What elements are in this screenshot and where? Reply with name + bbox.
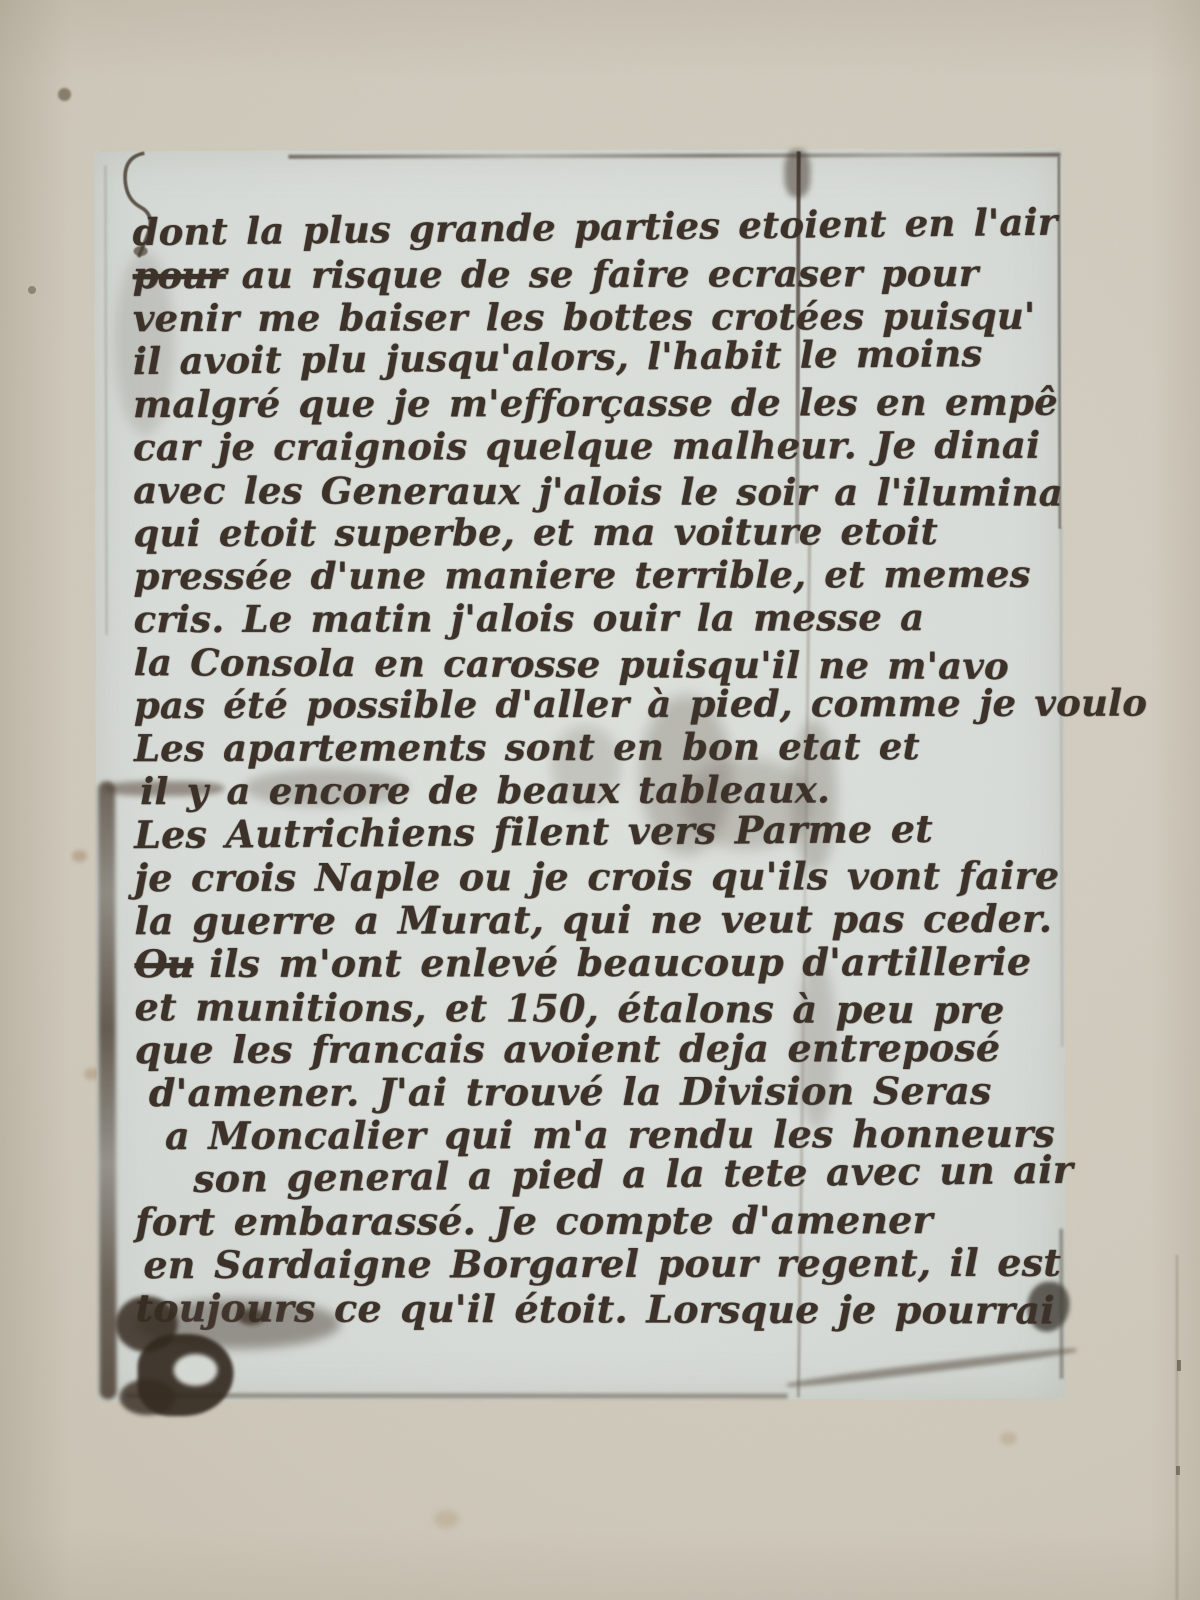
line-text: dont la plus grande parties etoient en l… xyxy=(132,200,1057,254)
line-text: je crois Naple ou je crois qu'ils vont f… xyxy=(134,853,1059,900)
manuscript-line: que les francais avoient deja entreposé xyxy=(135,1026,1040,1071)
ink-speck xyxy=(28,286,36,294)
line-text: Les apartements sont en bon etat et xyxy=(134,724,920,770)
line-text: pressée d'une maniere terrible, et memes xyxy=(133,552,1030,598)
page-edge-mark xyxy=(1176,1466,1180,1475)
manuscript-line: d'amener. J'ai trouvé la Division Seras xyxy=(149,1069,1040,1114)
line-text: ils m'ont enlevé beaucoup d'artillerie xyxy=(209,939,1031,986)
manuscript-line: la guerre a Murat, qui ne veut pas ceder… xyxy=(134,897,1039,942)
ink-blot xyxy=(120,1379,176,1415)
struck-word: Ou xyxy=(134,941,193,986)
line-text: malgré que je m'efforçasse de les en emp… xyxy=(133,380,1058,426)
manuscript-line: fort embarassé. Je compte d'amener xyxy=(135,1198,1040,1243)
page-edge-line xyxy=(1176,1255,1178,1600)
line-text: au risque de se faire ecraser pour xyxy=(242,251,979,297)
border-left-smudge xyxy=(98,781,117,1399)
line-text: la Consola en carosse puisqu'il ne m'avo xyxy=(134,640,1009,688)
manuscript-text: dont la plus grande parties etoient en l… xyxy=(133,209,1041,1329)
manuscript-line: Ouils m'ont enlevé beaucoup d'artillerie xyxy=(134,940,1039,985)
manuscript-line: la Consola en carosse puisqu'il ne m'avo xyxy=(134,641,1039,688)
facsimile-page: dont la plus grande parties etoient en l… xyxy=(94,149,1065,1402)
manuscript-line: avec les Generaux j'alois le soir a l'il… xyxy=(133,469,1038,514)
line-text: d'amener. J'ai trouvé la Division Seras xyxy=(149,1068,992,1115)
line-text: il avoit plu jusqu'alors, l'habit le moi… xyxy=(133,331,983,383)
manuscript-line: pourau risque de se faire ecraser pour xyxy=(133,252,1038,297)
line-text: que les francais avoient deja entreposé xyxy=(135,1025,1001,1072)
line-text: il y a encore de beaux tableaux. xyxy=(140,767,830,813)
line-text: Les Autrichiens filent vers Parme et xyxy=(134,806,933,857)
ink-speck xyxy=(58,88,71,101)
struck-word: pour xyxy=(133,253,226,297)
page-edge-mark xyxy=(1177,1360,1181,1371)
manuscript-line: pressée d'une maniere terrible, et memes xyxy=(133,553,1038,598)
border-top xyxy=(288,153,1060,159)
line-text: et munitions, et 150, étalons à peu pre xyxy=(135,984,1005,1032)
ink-blot xyxy=(237,1309,265,1325)
manuscript-line: Les Autrichiens filent vers Parme et xyxy=(134,806,1039,856)
manuscript-line: car je craignois quelque malheur. Je din… xyxy=(133,424,1038,469)
manuscript-line: malgré que je m'efforçasse de les en emp… xyxy=(133,381,1038,426)
line-text: qui etoit superbe, et ma voiture etoit xyxy=(133,509,938,555)
line-text: avec les Generaux j'alois le soir a l'il… xyxy=(133,468,1063,514)
manuscript-line: il avoit plu jusqu'alors, l'habit le moi… xyxy=(133,331,1038,383)
line-text: en Sardaigne Borgarel pour regent, il es… xyxy=(143,1240,1061,1287)
manuscript-line: son general a pied a la tete avec un air xyxy=(193,1148,1040,1200)
line-text: la guerre a Murat, qui ne veut pas ceder… xyxy=(134,896,1052,943)
line-text: fort embarassé. Je compte d'amener xyxy=(135,1197,933,1244)
page: { "document": { "kind": "facsimile of a … xyxy=(0,0,1200,1600)
line-text: cris. Le matin j'alois ouir la messe a xyxy=(134,595,925,641)
manuscript-line: Les apartements sont en bon etat et xyxy=(134,725,1039,770)
manuscript-line: qui etoit superbe, et ma voiture etoit xyxy=(133,510,1038,555)
manuscript-line: je crois Naple ou je crois qu'ils vont f… xyxy=(134,854,1039,899)
fox-stain xyxy=(72,850,87,862)
line-text: son general a pied a la tete avec un air xyxy=(193,1147,1073,1201)
manuscript-line: pas été possible d'aller à pied, comme j… xyxy=(134,682,1039,727)
manuscript-line: cris. Le matin j'alois ouir la messe a xyxy=(134,596,1039,641)
ink-blot-highlight xyxy=(174,1354,218,1386)
manuscript-line: et munitions, et 150, étalons à peu pre xyxy=(135,985,1040,1031)
manuscript-line: dont la plus grande parties etoient en l… xyxy=(132,201,1037,254)
border-bottom xyxy=(786,1345,1077,1389)
fox-stain xyxy=(434,1510,459,1528)
manuscript-line: en Sardaigne Borgarel pour regent, il es… xyxy=(143,1241,1040,1286)
border-right xyxy=(1059,527,1063,1047)
line-text: car je craignois quelque malheur. Je din… xyxy=(133,423,1040,469)
fox-stain xyxy=(1000,1432,1017,1445)
